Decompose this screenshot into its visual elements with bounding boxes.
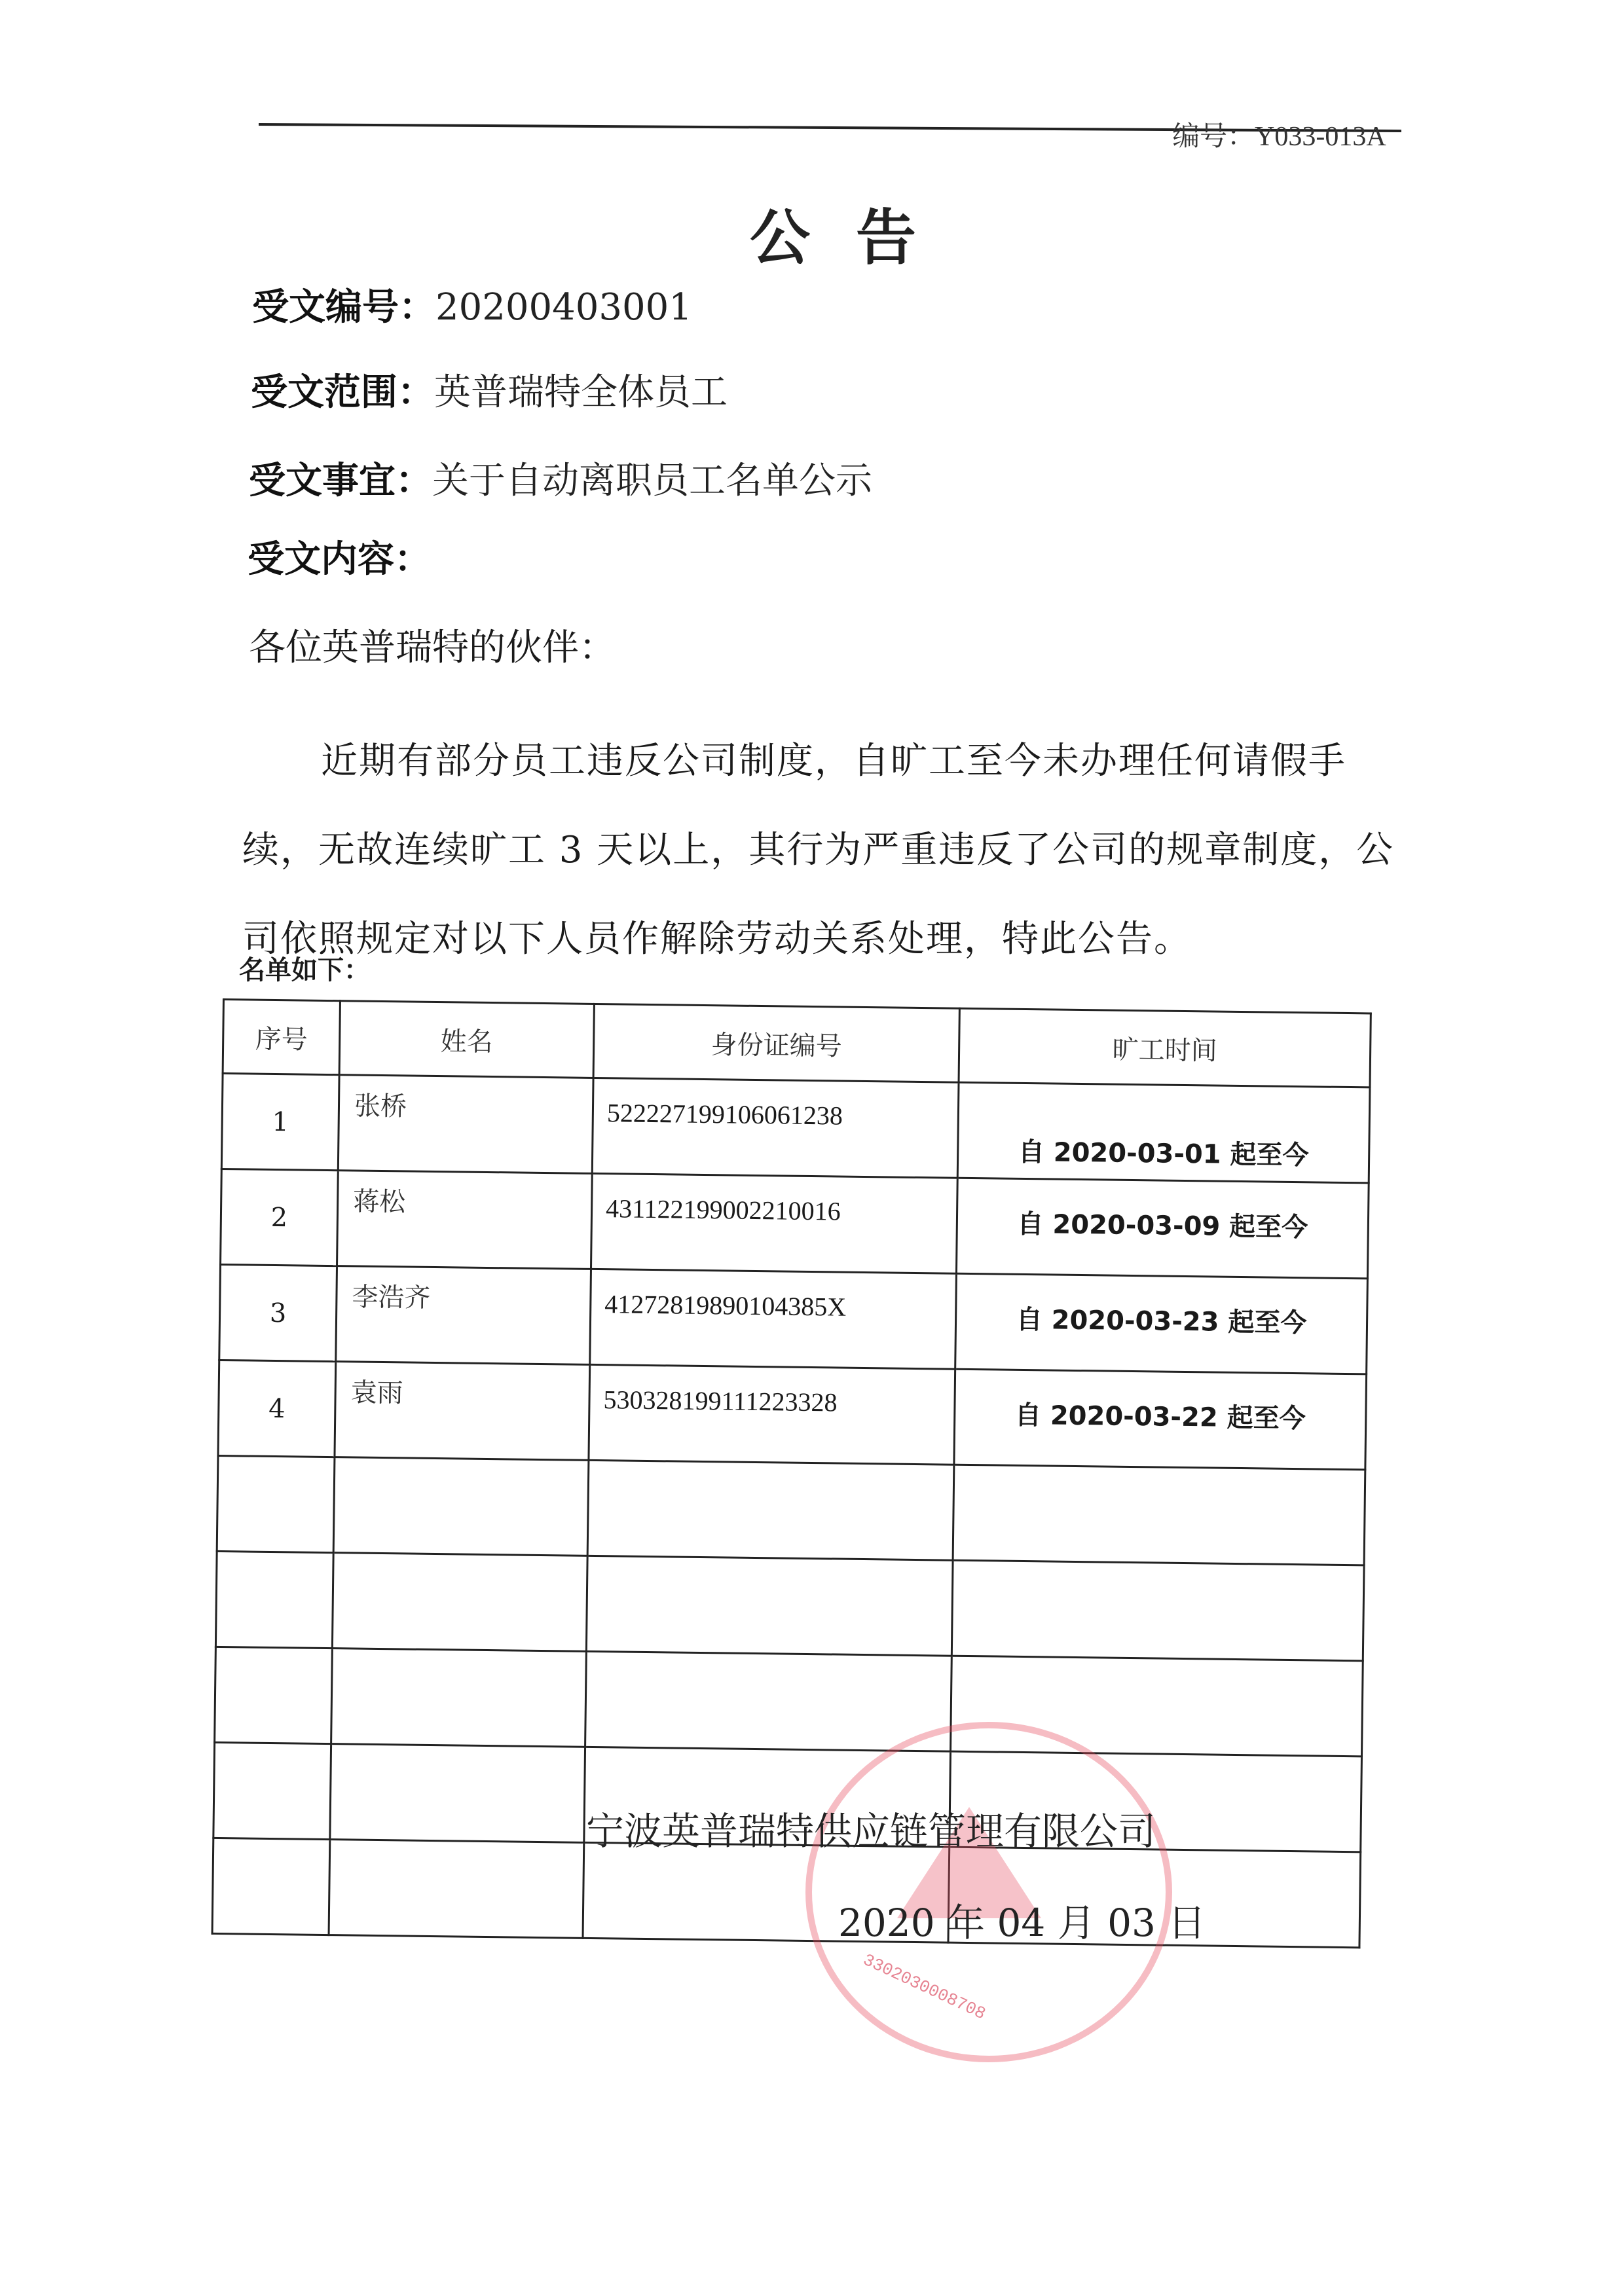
cell-id [587,1460,954,1560]
announcement-body: 近期有部分员工违反公司制度，自旷工至今未办理任何请假手续，无故连续旷工 3 天以… [242,717,1395,984]
header-absence-time: 旷工时间 [959,1008,1371,1087]
greeting: 各位英普瑞特的伙伴： [249,619,616,671]
field-content: 受文内容： [248,530,431,583]
field-value: 关于自动离职员工名单公示 [432,460,872,502]
field-label: 受文事宜： [249,460,432,502]
cell-name: 李浩齐 [336,1266,591,1365]
list-label: 名单如下： [239,949,370,987]
cell-no [217,1455,335,1552]
cell-time: 自 2020-03-23 起至今 [955,1273,1368,1374]
table-row-empty [215,1647,1363,1756]
cell-no: 4 [218,1360,336,1457]
field-label: 受文编号： [252,286,435,329]
field-subject: 受文事宜：关于自动离职员工名单公示 [249,452,872,504]
header-id: 身份证编号 [593,1004,959,1082]
cell-no [215,1551,333,1648]
cell-no [215,1647,333,1743]
table-row: 4 袁雨 530328199111223328 自 2020-03-22 起至今 [218,1360,1367,1469]
table-row-empty [215,1551,1364,1660]
field-label: 受文内容： [248,538,431,581]
cell-name [332,1553,587,1652]
cell-id: 41272819890104385X [590,1269,957,1369]
table-header-row: 序号 姓名 身份证编号 旷工时间 [223,1000,1371,1087]
header-name: 姓名 [339,1001,594,1078]
header-no: 序号 [223,1000,340,1075]
cell-name [333,1457,589,1556]
cell-time: 自 2020-03-22 起至今 [954,1369,1367,1470]
cell-time [953,1465,1365,1565]
cell-name: 蒋松 [337,1171,593,1269]
cell-name [330,1744,585,1843]
field-value: 20200403001 [435,286,692,329]
cell-id: 530328199111223328 [589,1364,955,1465]
company-name: 宁波英普瑞特供应链管理有限公司 [586,1800,1156,1855]
field-value: 英普瑞特全体员工 [434,371,728,414]
cell-no [212,1838,330,1935]
field-label: 受文范围： [251,371,434,414]
table-row: 1 张桥 522227199106061238 自 2020-03-01 起至今 [221,1074,1370,1183]
cell-no: 2 [221,1169,339,1266]
cell-id: 431122199002210016 [591,1173,957,1273]
cell-name [331,1649,587,1747]
field-document-number: 受文编号：20200403001 [252,278,692,331]
cell-no [213,1742,331,1839]
table-row-empty [217,1455,1365,1565]
field-scope: 受文范围：英普瑞特全体员工 [251,363,728,416]
table-row: 3 李浩齐 41272819890104385X 自 2020-03-23 起至… [219,1264,1368,1374]
cell-id [586,1556,953,1656]
cell-no: 1 [221,1074,339,1171]
cell-time: 自 2020-03-01 起至今 [957,1082,1370,1183]
cell-name: 袁雨 [335,1362,590,1461]
cell-id [585,1651,952,1751]
page-title: 公告 [750,190,962,276]
table-row: 2 蒋松 431122199002210016 自 2020-03-09 起至今 [221,1169,1369,1278]
cell-id: 522227199106061238 [592,1078,959,1178]
cell-name: 张桥 [338,1075,593,1174]
cell-name [329,1840,584,1939]
cell-no: 3 [219,1264,337,1361]
document-code: 编号：Y033-013A [1172,115,1386,154]
cell-time [951,1560,1364,1661]
issue-date: 2020 年 04 月 03 日 [838,1892,1206,1947]
cell-time: 自 2020-03-09 起至今 [956,1178,1369,1279]
